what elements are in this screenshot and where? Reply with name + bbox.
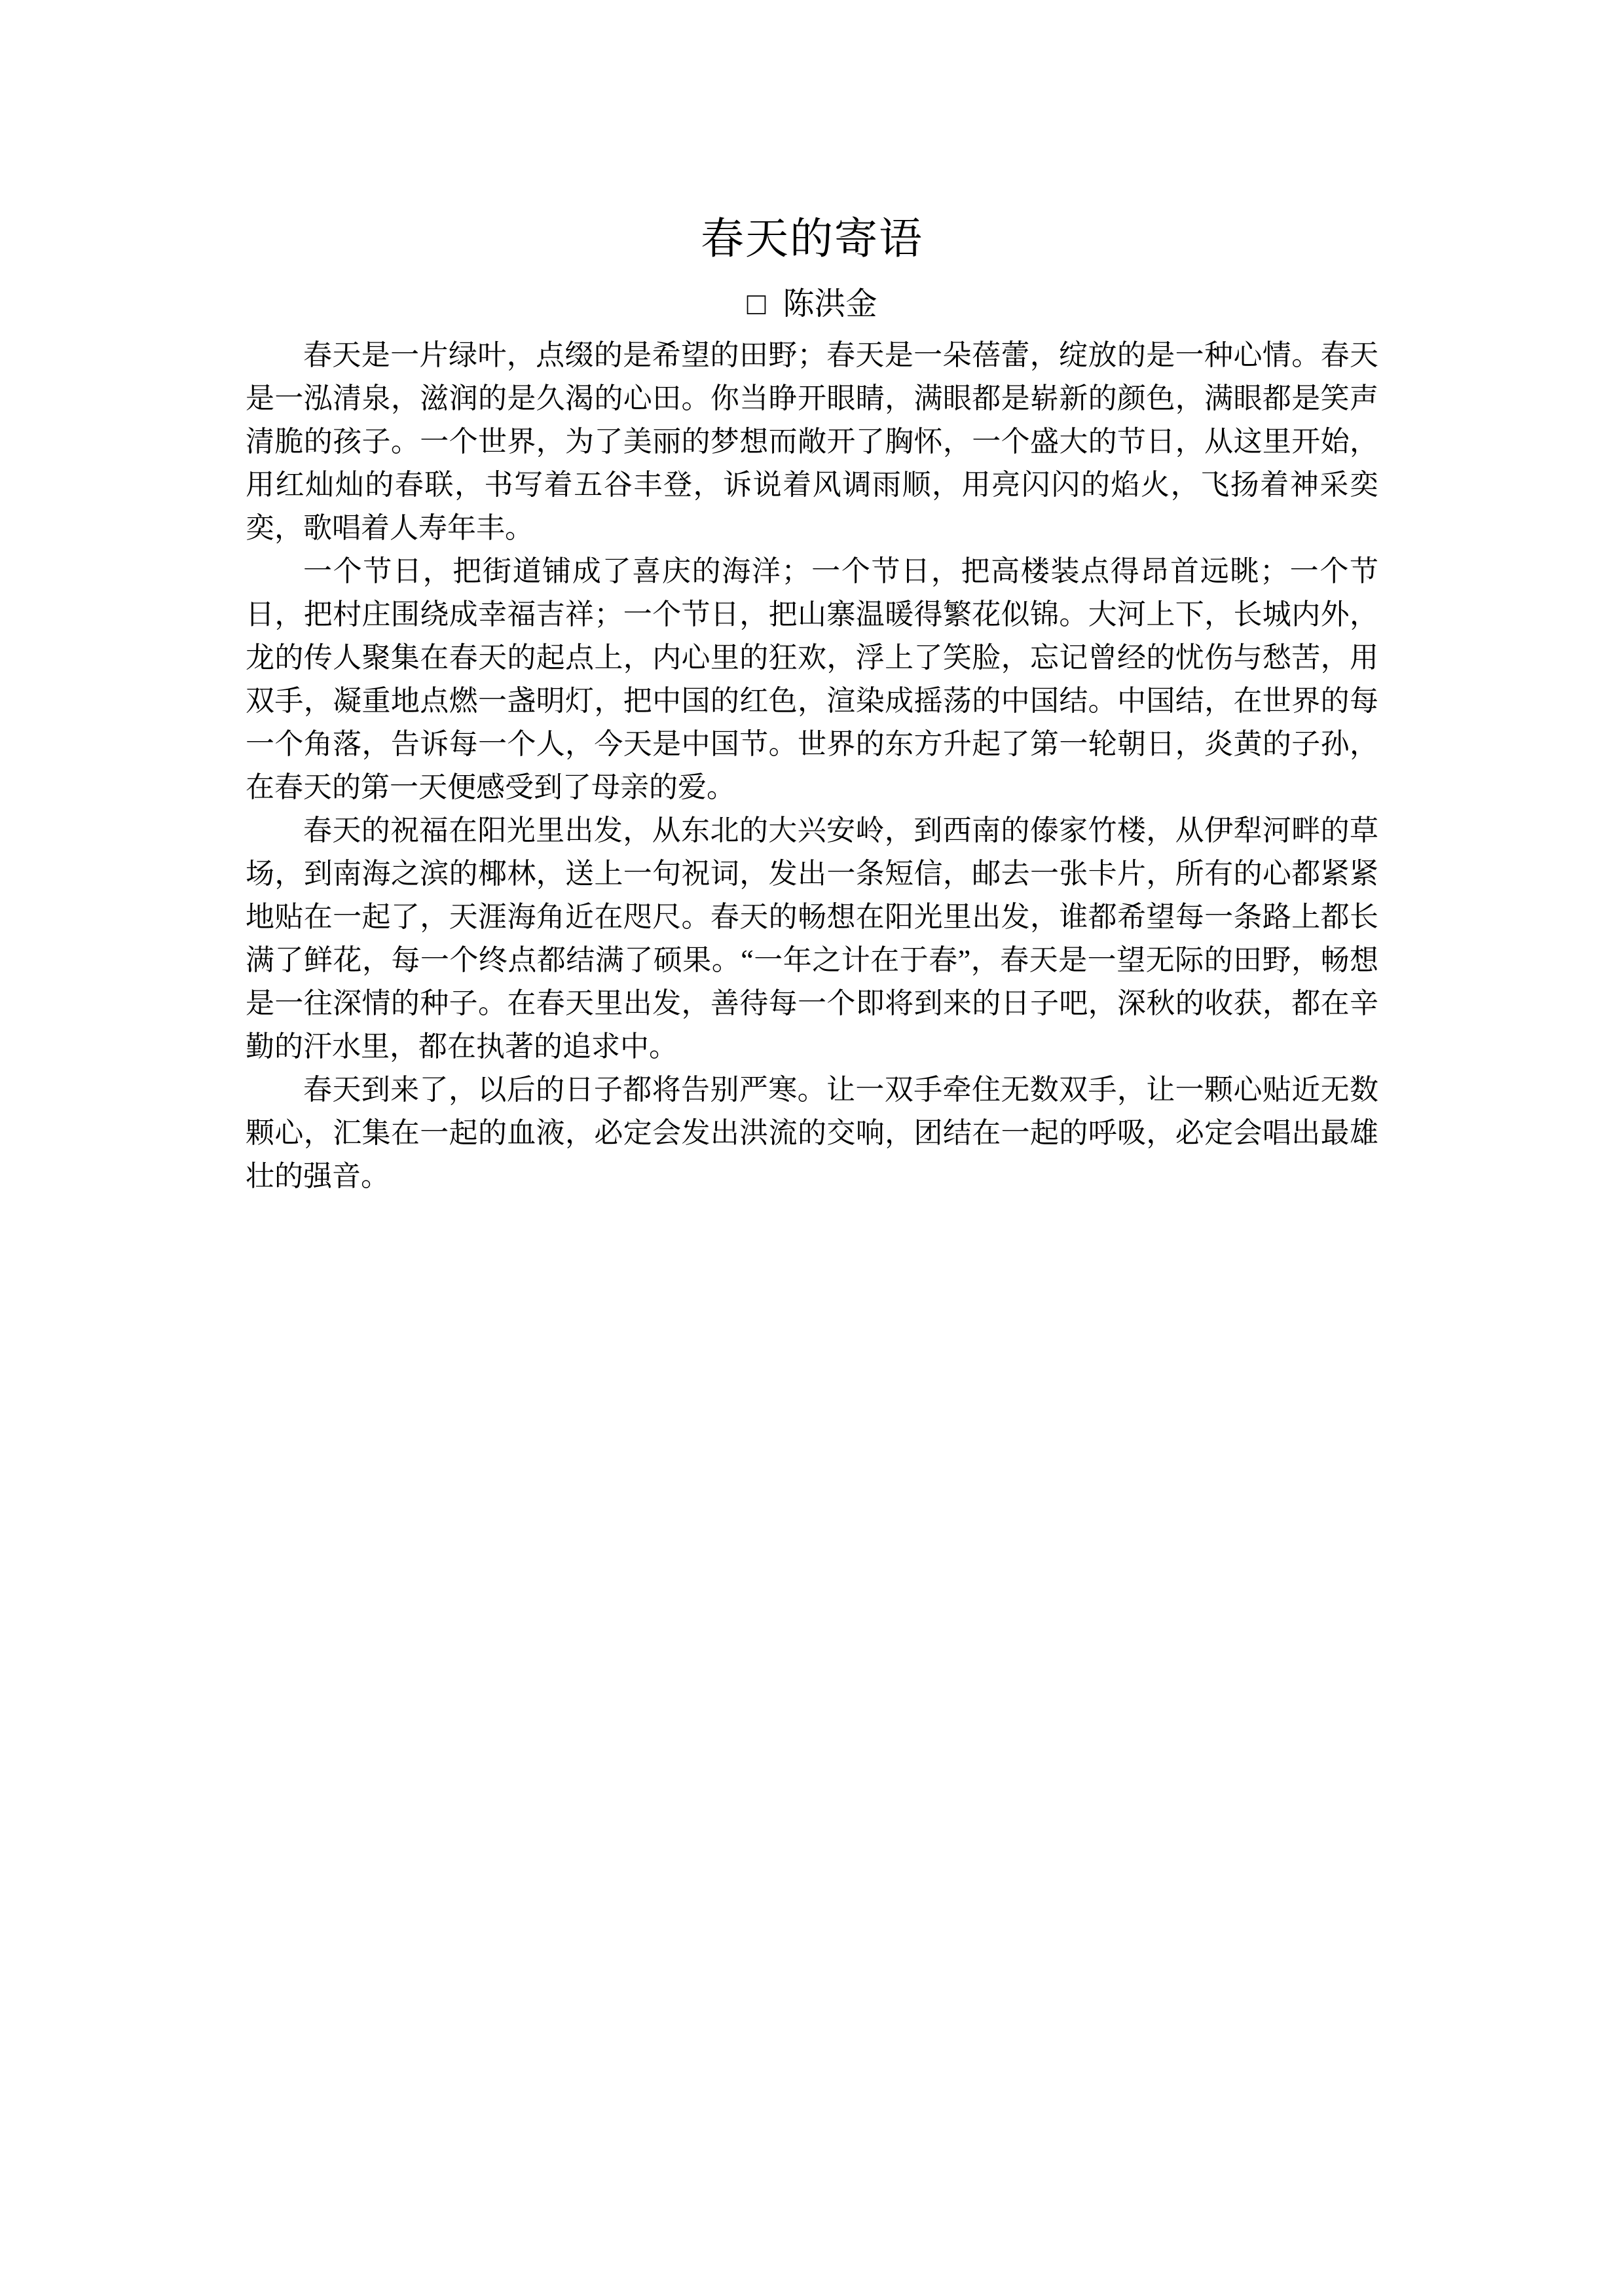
author-marker-square: □ [747,284,766,325]
paragraph-1: 春天是一片绿叶，点缀的是希望的田野；春天是一朵蓓蕾，绽放的是一种心情。春天是一泓… [246,334,1378,550]
paragraph-4: 春天到来了，以后的日子都将告别严寒。让一双手牵住无数双手，让一颗心贴近无数颗心，… [246,1068,1378,1198]
author-name: 陈洪金 [783,287,877,321]
document-body: 春天是一片绿叶，点缀的是希望的田野；春天是一朵蓓蕾，绽放的是一种心情。春天是一泓… [246,334,1378,1198]
author-line: □陈洪金 [246,284,1378,325]
document-title: 春天的寄语 [246,213,1378,266]
paragraph-2: 一个节日，把街道铺成了喜庆的海洋；一个节日，把高楼装点得昂首远眺；一个节日，把村… [246,550,1378,809]
paragraph-3: 春天的祝福在阳光里出发，从东北的大兴安岭，到西南的傣家竹楼，从伊犁河畔的草场，到… [246,809,1378,1068]
document-page: 春天的寄语 □陈洪金 春天是一片绿叶，点缀的是希望的田野；春天是一朵蓓蕾，绽放的… [0,0,1624,2296]
